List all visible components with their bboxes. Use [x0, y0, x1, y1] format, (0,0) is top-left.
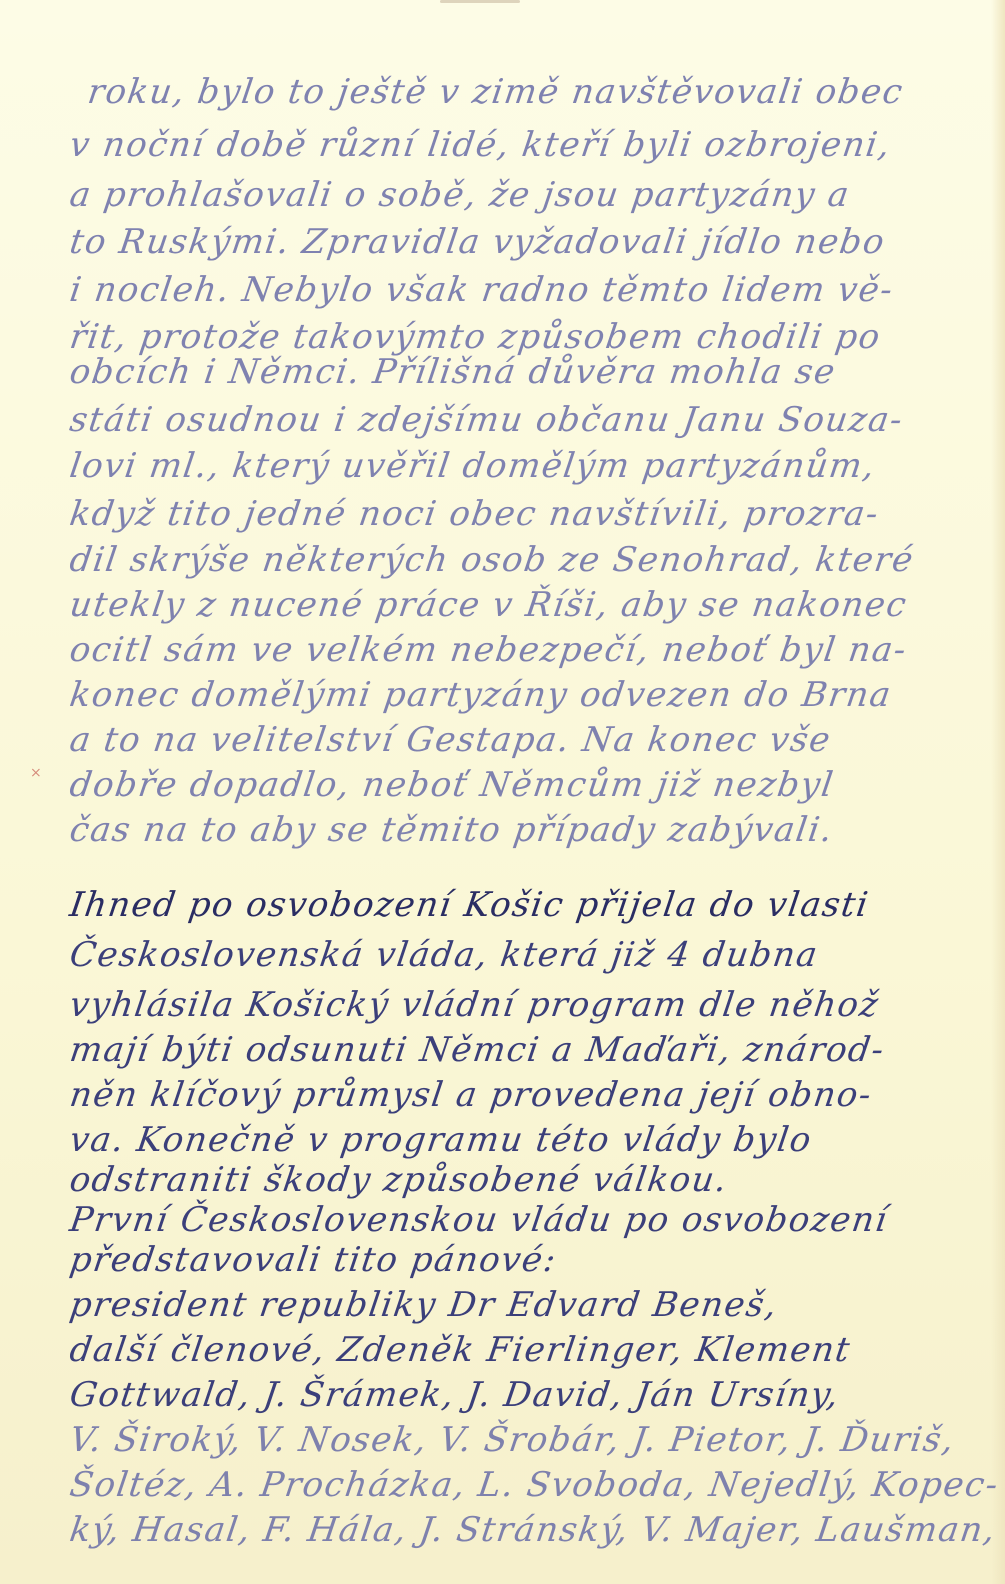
handwritten-line: čas na to aby se těmito případy zabývali…	[67, 810, 836, 850]
stray-ink-mark: ×	[30, 765, 42, 781]
top-page-mark	[440, 0, 520, 3]
handwritten-line: a prohlašovali o sobě, že jsou partyzány…	[67, 175, 852, 215]
handwritten-line: vyhlásila Košický vládní program dle něh…	[67, 985, 882, 1025]
handwritten-line: obcích i Němci. Přílišná důvěra mohla se	[67, 352, 838, 392]
handwritten-line: lovi ml., který uvěřil domělým partyzánů…	[67, 446, 878, 486]
handwritten-line: dobře dopadlo, neboť Němcům již nezbyl	[67, 765, 837, 805]
handwritten-line: mají býti odsunuti Němci a Maďaři, znáro…	[67, 1030, 887, 1070]
handwritten-line: další členové, Zdeněk Fierlinger, Klemen…	[67, 1330, 853, 1370]
handwritten-line: Šoltéz, A. Procházka, L. Svoboda, Nejedl…	[67, 1465, 1001, 1505]
handwritten-line: Ihned po osvobození Košic přijela do vla…	[67, 885, 872, 925]
handwritten-line: řit, protože takovýmto způsobem chodili …	[67, 317, 883, 357]
handwritten-line: v noční době různí lidé, kteří byli ozbr…	[67, 125, 893, 165]
handwritten-line: představovali tito pánové:	[67, 1240, 559, 1280]
handwritten-line: ocitl sám ve velkém nebezpečí, neboť byl…	[67, 630, 910, 670]
handwritten-line: když tito jedné noci obec navštívili, pr…	[67, 494, 882, 534]
handwritten-line: Československá vláda, která již 4 dubna	[67, 935, 821, 975]
handwritten-line: va. Konečně v programu této vlády bylo	[67, 1120, 814, 1160]
handwritten-line: odstraniti škody způsobené válkou.	[67, 1160, 730, 1200]
handwritten-line: i nocleh. Nebylo však radno těmto lidem …	[67, 270, 896, 310]
handwritten-line: První Československou vládu po osvobozen…	[67, 1200, 890, 1240]
handwritten-line: president republiky Dr Edvard Beneš,	[67, 1285, 780, 1325]
handwritten-line: ký, Hasal, F. Hála, J. Stránský, V. Maje…	[67, 1510, 999, 1550]
handwritten-line: státi osudnou i zdejšímu občanu Janu Sou…	[67, 400, 906, 440]
handwritten-line: a to na velitelství Gestapa. Na konec vš…	[67, 720, 834, 760]
handwritten-line: dil skrýše některých osob ze Senohrad, k…	[67, 540, 917, 580]
handwritten-line: V. Široký, V. Nosek, V. Šrobár, J. Pieto…	[67, 1420, 957, 1460]
handwritten-line: konec domělými partyzány odvezen do Brna	[67, 675, 894, 715]
handwritten-line: roku, bylo to ještě v zimě navštěvovali …	[85, 72, 906, 112]
handwritten-line: něn klíčový průmysl a provedena její obn…	[67, 1075, 875, 1115]
handwritten-line: to Ruskými. Zpravidla vyžadovali jídlo n…	[67, 222, 888, 262]
handwritten-line: Gottwald, J. Šrámek, J. David, Ján Ursín…	[67, 1375, 842, 1415]
page-edge-shadow	[991, 0, 1005, 1584]
handwritten-line: utekly z nucené práce v Říši, aby se nak…	[67, 585, 910, 625]
